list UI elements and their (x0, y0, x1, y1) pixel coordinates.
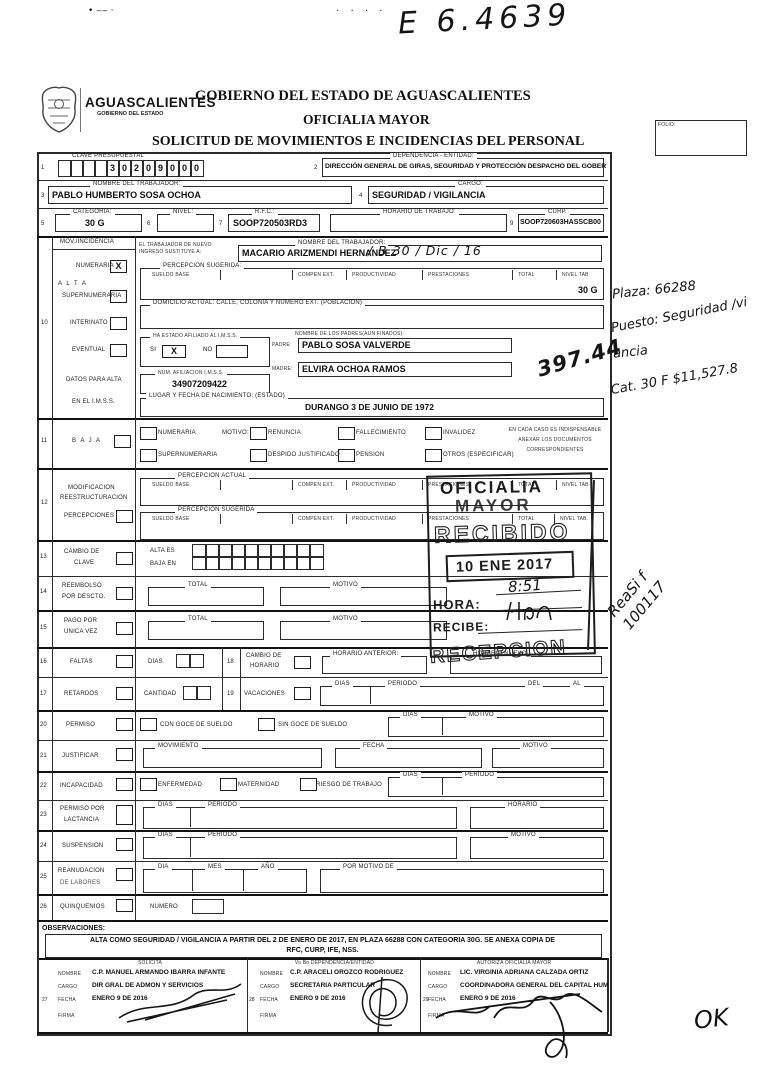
line (37, 800, 608, 801)
field-number-4: 4 (359, 193, 362, 199)
line (247, 958, 248, 1032)
reanudacion-label-1: REANUDACION (58, 868, 105, 874)
pago-motivo-label: MOTIVO (330, 616, 361, 622)
otros-checkbox (425, 449, 442, 462)
stamp-mayor: MAYOR (455, 495, 532, 516)
lactancia-checkbox (116, 805, 133, 825)
cargo-value: SEGURIDAD / VIGILANCIA (372, 190, 486, 200)
vacaciones-al-label: AL (570, 681, 584, 687)
col-productividad: PRODUCTIVIDAD (352, 272, 396, 278)
maternidad-checkbox (220, 778, 237, 791)
tick (292, 480, 293, 490)
incapacidad-dias-periodo-box (388, 777, 604, 797)
padre-label: PADRE: (272, 342, 291, 348)
rfc-value: SOOP720503RD3 (233, 218, 307, 228)
cell (189, 654, 204, 668)
permiso-dias-motivo-box (388, 717, 604, 737)
state-crest-logo (40, 86, 78, 134)
alta-numeraria-label: NUMERARIA (76, 263, 114, 269)
col-prestaciones: PRESTACIONES (428, 272, 469, 278)
field-number-6: 6 (147, 221, 150, 227)
curp-label: CURP. (545, 209, 570, 215)
reanudacion-checkbox (116, 868, 133, 881)
title-oficialia: OFICIALIA MAYOR (303, 112, 430, 128)
faltas-label: FALTAS (70, 659, 93, 665)
sig2-fecha: ENERO 9 DE 2016 (290, 995, 346, 1002)
reanudacion-ano-label: AÑO (258, 864, 278, 870)
enfermedad-label: ENFERMEDAD (158, 782, 202, 788)
sig1-nombre: C.P. MANUEL ARMANDO IBARRA INFANTE (92, 969, 225, 976)
despido-checkbox (250, 449, 267, 462)
pago-unica-checkbox (116, 622, 133, 635)
line (135, 236, 136, 920)
baja-note-2: ANEXAR LOS DOCUMENTOS (505, 437, 605, 443)
recibe-signature (505, 598, 553, 624)
baja-numeraria-checkbox (140, 427, 157, 440)
field-number-1: 1 (41, 165, 44, 171)
stamp-recibido: RECIBIDO (434, 518, 571, 549)
title-form-name: SOLICITUD DE MOVIMIENTOS E INCIDENCIAS D… (152, 134, 584, 150)
renuncia-label: RENUNCIA (268, 430, 301, 436)
margin-note-categoria: Cat. 30 F $11,527.8 (610, 361, 740, 398)
cargo-label: CARGO: (455, 181, 486, 187)
reembolso-label-1: REEMBOLSO (62, 583, 102, 589)
alta-es-label: ALTA ES (150, 548, 175, 554)
quinquenios-label: QUINQUENIOS (60, 904, 105, 910)
numeraria-x-mark: X (115, 261, 121, 271)
line (37, 236, 608, 238)
title-government: GOBIERNO DEL ESTADO DE AGUASCALIENTES (195, 88, 531, 105)
margin-note-plaza: Plaza: 66288 (611, 279, 696, 303)
sig-header-autoriza: AUTORIZA OFICIALIA MAYOR (428, 960, 600, 966)
reanudacion-motivo-label: POR MOTIVO DE (340, 864, 397, 870)
line (37, 418, 608, 420)
section-number-24: 24 (40, 843, 47, 849)
renuncia-checkbox (250, 427, 267, 440)
nombre-trabajador-value: PABLO HUMBERTO SOSA OCHOA (52, 190, 201, 200)
section-number-25: 25 (40, 874, 47, 880)
justificar-fecha-box (335, 748, 482, 768)
col-compen-ext: COMPEN EXT. (298, 516, 334, 522)
col-compen-ext: COMPEN EXT. (298, 272, 334, 278)
column-header-mov-incidencia: MOV./INCIDENCIA (60, 239, 114, 245)
justificar-mov-label: MOVIMIENTO (155, 743, 202, 749)
justificar-motivo-label: MOTIVO (520, 743, 551, 749)
field-number-7: 7 (219, 221, 222, 227)
line (192, 869, 193, 891)
tick (346, 270, 347, 280)
modificacion-label-1: MODIFICACION (68, 485, 115, 491)
line (37, 771, 608, 773)
en-el-imss-label: EN EL I.M.S.S. (72, 399, 115, 405)
categoria-label: CATEGORIA: (70, 209, 115, 215)
tick (422, 480, 423, 490)
line (240, 647, 241, 710)
sustituye-label-2: INGRESO SUSTITUYE A: (139, 249, 201, 255)
alta-interinato-checkbox (110, 317, 127, 330)
alta-interinato-label: INTERINATO (70, 320, 108, 326)
pago-total-box (148, 621, 264, 640)
con-goce-label: CON GOCE DE SUELDO (160, 722, 233, 728)
folio-box: FOLIO: (655, 120, 747, 156)
suspension-motivo-box (470, 837, 604, 859)
tick (346, 480, 347, 490)
retardos-checkbox (116, 687, 133, 700)
tick (346, 514, 347, 524)
line (37, 958, 39, 1032)
lactancia-label-2: LACTANCIA (64, 817, 99, 823)
baja-en-label: BAJA EN (150, 561, 176, 567)
row-label-firma: FIRMA (260, 1013, 277, 1019)
faltas-checkbox (116, 655, 133, 668)
line (370, 686, 371, 704)
col-total: TOTAL (518, 272, 535, 278)
col-compen-ext: COMPEN EXT. (298, 482, 334, 488)
line (190, 807, 191, 827)
line (420, 958, 421, 1032)
pago-unica-label-1: PAGO POR (64, 618, 97, 624)
sig-header-solicita: SOLICITA (60, 960, 240, 966)
field-number-5: 5 (41, 221, 44, 227)
section-number-28: 28 (249, 997, 255, 1003)
suspension-checkbox (116, 838, 133, 851)
suspension-motivo-label: MOTIVO (508, 832, 539, 838)
enfermedad-checkbox (140, 778, 157, 791)
si-label: SI (150, 347, 156, 353)
maternidad-label: MATERNIDAD (238, 782, 279, 788)
tick (292, 270, 293, 280)
signature-1 (115, 980, 245, 1025)
nacimiento-value: DURANGO 3 DE JUNIO DE 1972 (305, 402, 434, 412)
cell (196, 686, 211, 700)
num-afiliacion-value: 34907209422 (172, 379, 227, 389)
section-number-14: 14 (40, 589, 47, 595)
incapacidad-periodo-label: PERIODO (462, 772, 497, 778)
horario-trabajo-label: HORARIO DE TRABAJO: (380, 209, 459, 215)
header-divider (80, 88, 81, 132)
lactancia-periodo-label: PERIODO (205, 802, 240, 808)
justificar-checkbox (116, 748, 133, 761)
cambio-clave-label-2: CLAVE (74, 560, 94, 566)
vacaciones-del-label: DEL (525, 681, 543, 687)
line (37, 894, 608, 896)
cambio-horario-label-2: HORARIO (250, 663, 279, 669)
horario-anterior-label: HORARIO ANTERIOR: (330, 651, 401, 657)
alta-eventual-label: EVENTUAL (72, 347, 105, 353)
reembolso-total-label: TOTAL (185, 582, 211, 588)
vacaciones-box (320, 686, 604, 706)
incapacidad-label: INCAPACIDAD (60, 783, 103, 789)
row-label-nombre: NOMBRE (260, 971, 283, 977)
cell (309, 556, 324, 570)
rfc-label: R.F.C.: (252, 209, 278, 215)
line (222, 647, 223, 710)
reanudacion-mes-label: MES (205, 864, 225, 870)
percepcion-sugerida-label: PERCEPCION SUGERIDA: (160, 263, 244, 269)
scanned-form-sheet: • ‒‒ · · · · · E 6.4639 AGUASCALIENTES G… (0, 0, 769, 1068)
dependencia-value: DIRECCIÓN GENERAL DE GIRAS, SEGURIDAD Y … (325, 163, 606, 170)
section-number-21: 21 (40, 753, 47, 759)
observaciones-line-1: ALTA COMO SEGURIDAD / VIGILANCIA A PARTI… (48, 937, 597, 944)
nivel-box (157, 214, 214, 232)
baja-label: B A J A (72, 438, 102, 444)
permiso-dias-label: DIAS (400, 712, 421, 718)
alta-eventual-checkbox (110, 344, 127, 357)
signature-3 (430, 988, 610, 1066)
baja-checkbox (114, 435, 131, 448)
cambio-clave-label-1: CAMBIO DE (64, 549, 99, 555)
imss-afiliado-label: HA ESTADO AFILIADO AL I.M.S.S. (150, 333, 240, 339)
reanudacion-label-2: DE LABORES (60, 880, 100, 886)
pen-dots: · · · · (336, 6, 386, 17)
quinquenios-checkbox (116, 899, 133, 912)
lactancia-horario-label: HORARIO (505, 802, 540, 808)
incapacidad-checkbox (116, 778, 133, 791)
vacaciones-checkbox (294, 687, 311, 700)
pension-checkbox (338, 449, 355, 462)
fallecimiento-checkbox (338, 427, 355, 440)
otros-label: OTROS (ESPECIFICAR) (443, 452, 514, 458)
justificar-fecha-label: FECHA (360, 743, 387, 749)
section-number-18: 18 (227, 659, 234, 665)
col-sueldo-base: SUELDO BASE (152, 272, 190, 278)
dependencia-label: DEPENDENCIA - ENTIDAD: (390, 153, 477, 159)
baja-numeraria-label: NUMERARIA (158, 430, 196, 436)
section-number-26: 26 (40, 904, 47, 910)
line (37, 208, 608, 209)
cambio-horario-checkbox (294, 656, 311, 669)
suspension-label: SUSPENSION (62, 843, 103, 849)
section-number-13: 13 (40, 554, 47, 560)
reembolso-motivo-label: MOTIVO (330, 582, 361, 588)
row-label-cargo: CARGO (260, 984, 279, 990)
padre-value: PABLO SOSA VALVERDE (302, 340, 411, 350)
col-productividad: PRODUCTIVIDAD (352, 516, 396, 522)
modificacion-label-2: REESTRUCTURACION (60, 495, 128, 501)
section-number-20: 20 (40, 722, 47, 728)
cambio-horario-label-1: CAMBIO DE (246, 653, 281, 659)
riesgo-label: RIESGO DE TRABAJO (316, 782, 382, 788)
section-number-15: 15 (40, 625, 47, 631)
reembolso-label-2: POR DESCTO. (62, 594, 105, 600)
permiso-label: PERMISO (66, 722, 95, 728)
reanudacion-fecha-box (143, 869, 307, 893)
line (442, 777, 443, 795)
handwritten-ok: OK (693, 1003, 730, 1034)
suspension-dias-label: DIAS (155, 832, 176, 838)
justificar-motivo-box (492, 748, 604, 768)
no-label: NO (203, 347, 212, 353)
invalidez-checkbox (425, 427, 442, 440)
col-nivel-tab: NIVEL TAB (562, 272, 589, 278)
incapacidad-dias-label: DIAS (400, 772, 421, 778)
line (52, 236, 53, 920)
padres-label: NOMBRE DE LOS PADRES(AUN FINADOS): (292, 331, 407, 337)
suspension-periodo-label: PERIODO (205, 832, 240, 838)
handwritten-baja-date: / B 30 / Dic / 16 (368, 243, 482, 258)
modificacion-checkbox (116, 510, 133, 523)
tick (556, 270, 557, 280)
line (243, 869, 244, 891)
cantidad-label: CANTIDAD (144, 691, 176, 697)
baja-supernumeraria-checkbox (140, 449, 157, 462)
brand-subtitle: GOBIERNO DEL ESTADO (97, 111, 163, 117)
alta-numeraria-checkbox: X (110, 260, 127, 273)
madre-value: ELVIRA OCHOA RAMOS (302, 364, 406, 374)
sin-goce-checkbox (258, 718, 275, 731)
reanudacion-motivo-box (320, 869, 604, 893)
row-label-nombre: NOMBRE (428, 971, 451, 977)
lactancia-horario-box (470, 807, 604, 829)
section-number-23: 23 (40, 812, 47, 818)
tick (422, 270, 423, 280)
faltas-dias-label: DIAS (148, 659, 163, 665)
sin-goce-label: SIN GOCE DE SUELDO (278, 722, 347, 728)
horario-anterior-box (322, 656, 427, 674)
justificar-label: JUSTIFICAR (62, 753, 99, 759)
pago-unica-label-2: UNICA VEZ (64, 629, 97, 635)
invalidez-label: INVALIDEZ (443, 430, 475, 436)
retardos-label: RETARDOS (64, 691, 99, 697)
no-checkbox (216, 345, 248, 358)
permiso-checkbox (116, 718, 133, 731)
col-sueldo-base: SUELDO BASE (152, 516, 190, 522)
con-goce-checkbox (140, 718, 157, 731)
section-number-17: 17 (40, 691, 47, 697)
pen-corner-marks: • ‒‒ · (88, 6, 113, 16)
sig3-nombre: LIC. VIRGINIA ADRIANA CALZADA ORTIZ (460, 969, 588, 976)
line (442, 717, 443, 735)
baja-motivo-label: MOTIVO: (222, 430, 249, 436)
tick (220, 270, 221, 280)
row-label-fecha: FECHA (58, 997, 76, 1003)
nacimiento-label: LUGAR Y FECHA DE NACIMIENTO: (ESTADO) (146, 393, 288, 399)
si-x-mark: X (171, 346, 177, 356)
fallecimiento-label: FALLECIMIENTO (356, 430, 406, 436)
vacaciones-dias-label: DIAS (332, 681, 353, 687)
baja-supernumeraria-label: SUPERNUMERARIA (158, 452, 217, 458)
pago-total-label: TOTAL (185, 616, 211, 622)
baja-note-3: CORRESPONDIENTES (505, 447, 605, 453)
datos-para-alta-label: DATOS PARA ALTA (66, 377, 122, 383)
clave-presupuestal-label: CLAVE PRESUPUESTAL (72, 153, 144, 159)
reembolso-checkbox (116, 587, 133, 600)
observaciones-label: OBSERVACIONES: (42, 925, 105, 932)
reembolso-total-box (148, 587, 264, 606)
clave-cell: 0 (190, 160, 204, 177)
line (37, 677, 608, 678)
domicilio-label: DOMICILIO ACTUAL: CALLE, COLONIA Y NUMER… (150, 300, 365, 306)
despido-label: DESPIDO JUSTIFICADO (268, 452, 340, 458)
nombre-trabajador-label: NOMBRE DEL TRABAJADOR: (90, 181, 183, 187)
section-number-22: 22 (40, 783, 47, 789)
percepcion-sugerida2-label: PERCEPCION SUGERIDA (175, 507, 257, 513)
row-label-fecha: FECHA (260, 997, 278, 1003)
vacaciones-periodo-label: PERIODO (385, 681, 420, 687)
num-afiliacion-label: NUM. AFILIACION I.M.S.S. (155, 370, 227, 376)
line (37, 920, 608, 922)
tick (220, 480, 221, 490)
reanudacion-dia-label: DIA (155, 864, 172, 870)
signature-2 (352, 975, 414, 1035)
lactancia-label-1: PERMISO POR (60, 806, 105, 812)
section-number-12: 12 (41, 500, 48, 506)
col-productividad: PRODUCTIVIDAD (352, 482, 396, 488)
section-number-10: 10 (41, 320, 48, 326)
justificar-mov-box (143, 748, 322, 768)
rotated-note: ReaSi f 100117 (604, 565, 670, 633)
tick (512, 270, 513, 280)
si-checkbox: X (162, 345, 186, 358)
categoria-value: 30 G (85, 218, 105, 228)
permiso-motivo-label: MOTIVO (466, 712, 497, 718)
numero-box (192, 899, 224, 914)
line (37, 740, 608, 741)
field-number-3: 3 (41, 193, 44, 199)
row-label-nombre: NOMBRE (58, 971, 81, 977)
field-number-2: 2 (314, 165, 317, 171)
modificacion-label-3: PERCEPCIONES (64, 513, 114, 519)
baja-note-1: EN CADA CASO ES INDISPENSABLE (505, 427, 605, 433)
percepcion-actual-label: PERCEPCION ACTUAL (175, 473, 249, 479)
row-label-firma: FIRMA (58, 1013, 75, 1019)
nivel-label: NIVEL: (170, 209, 196, 215)
line (190, 837, 191, 857)
line (37, 861, 608, 862)
cambio-clave-checkbox (116, 552, 133, 565)
section-number-11: 11 (41, 438, 47, 444)
section-number-16: 16 (40, 659, 47, 665)
domicilio-box (140, 305, 604, 329)
section-number-19: 19 (227, 691, 234, 697)
tick (422, 514, 423, 524)
observaciones-line-2: RFC, CURP, IFE, NSS. (48, 947, 597, 954)
horario-trabajo-box (330, 214, 507, 232)
field-number-9: 9 (510, 221, 513, 227)
margin-note-ancia: ancia (612, 343, 648, 362)
riesgo-checkbox (300, 778, 317, 791)
line (52, 249, 135, 250)
sig-header-vobo: Vo Bo DEPENDENCIA/ENTIDAD (252, 960, 417, 966)
lactancia-dias-label: DIAS (155, 802, 176, 808)
col-sueldo-base: SUELDO BASE (152, 482, 190, 488)
tick (292, 514, 293, 524)
pension-label: PENSION (356, 452, 384, 458)
nivel-tab-value: 30 G (578, 285, 598, 295)
tick (220, 514, 221, 524)
pago-motivo-box (280, 621, 447, 640)
handwritten-code: E 6.4639 (397, 0, 572, 42)
numero-label: NUMERO (150, 904, 178, 910)
line (37, 710, 608, 712)
vacaciones-label: VACACIONES (244, 691, 285, 697)
alta-group-label: A L T A (58, 281, 87, 287)
madre-label: MADRE: (272, 366, 293, 372)
stamp-date: 10 ENE 2017 (456, 556, 554, 575)
section-number-27: 27 (42, 997, 48, 1003)
margin-note-puesto: Puesto: Seguridad /vi (610, 295, 749, 336)
row-label-cargo: CARGO (58, 984, 77, 990)
reembolso-motivo-box (280, 587, 447, 606)
sustituye-label-1: EL TRABAJADOR DE NUEVO (139, 242, 212, 248)
line (37, 468, 608, 470)
alta-supernumeraria-checkbox (110, 290, 127, 303)
curp-value: SOOP720603HASSCB00 (520, 219, 601, 226)
folio-label: FOLIO: (658, 122, 676, 128)
